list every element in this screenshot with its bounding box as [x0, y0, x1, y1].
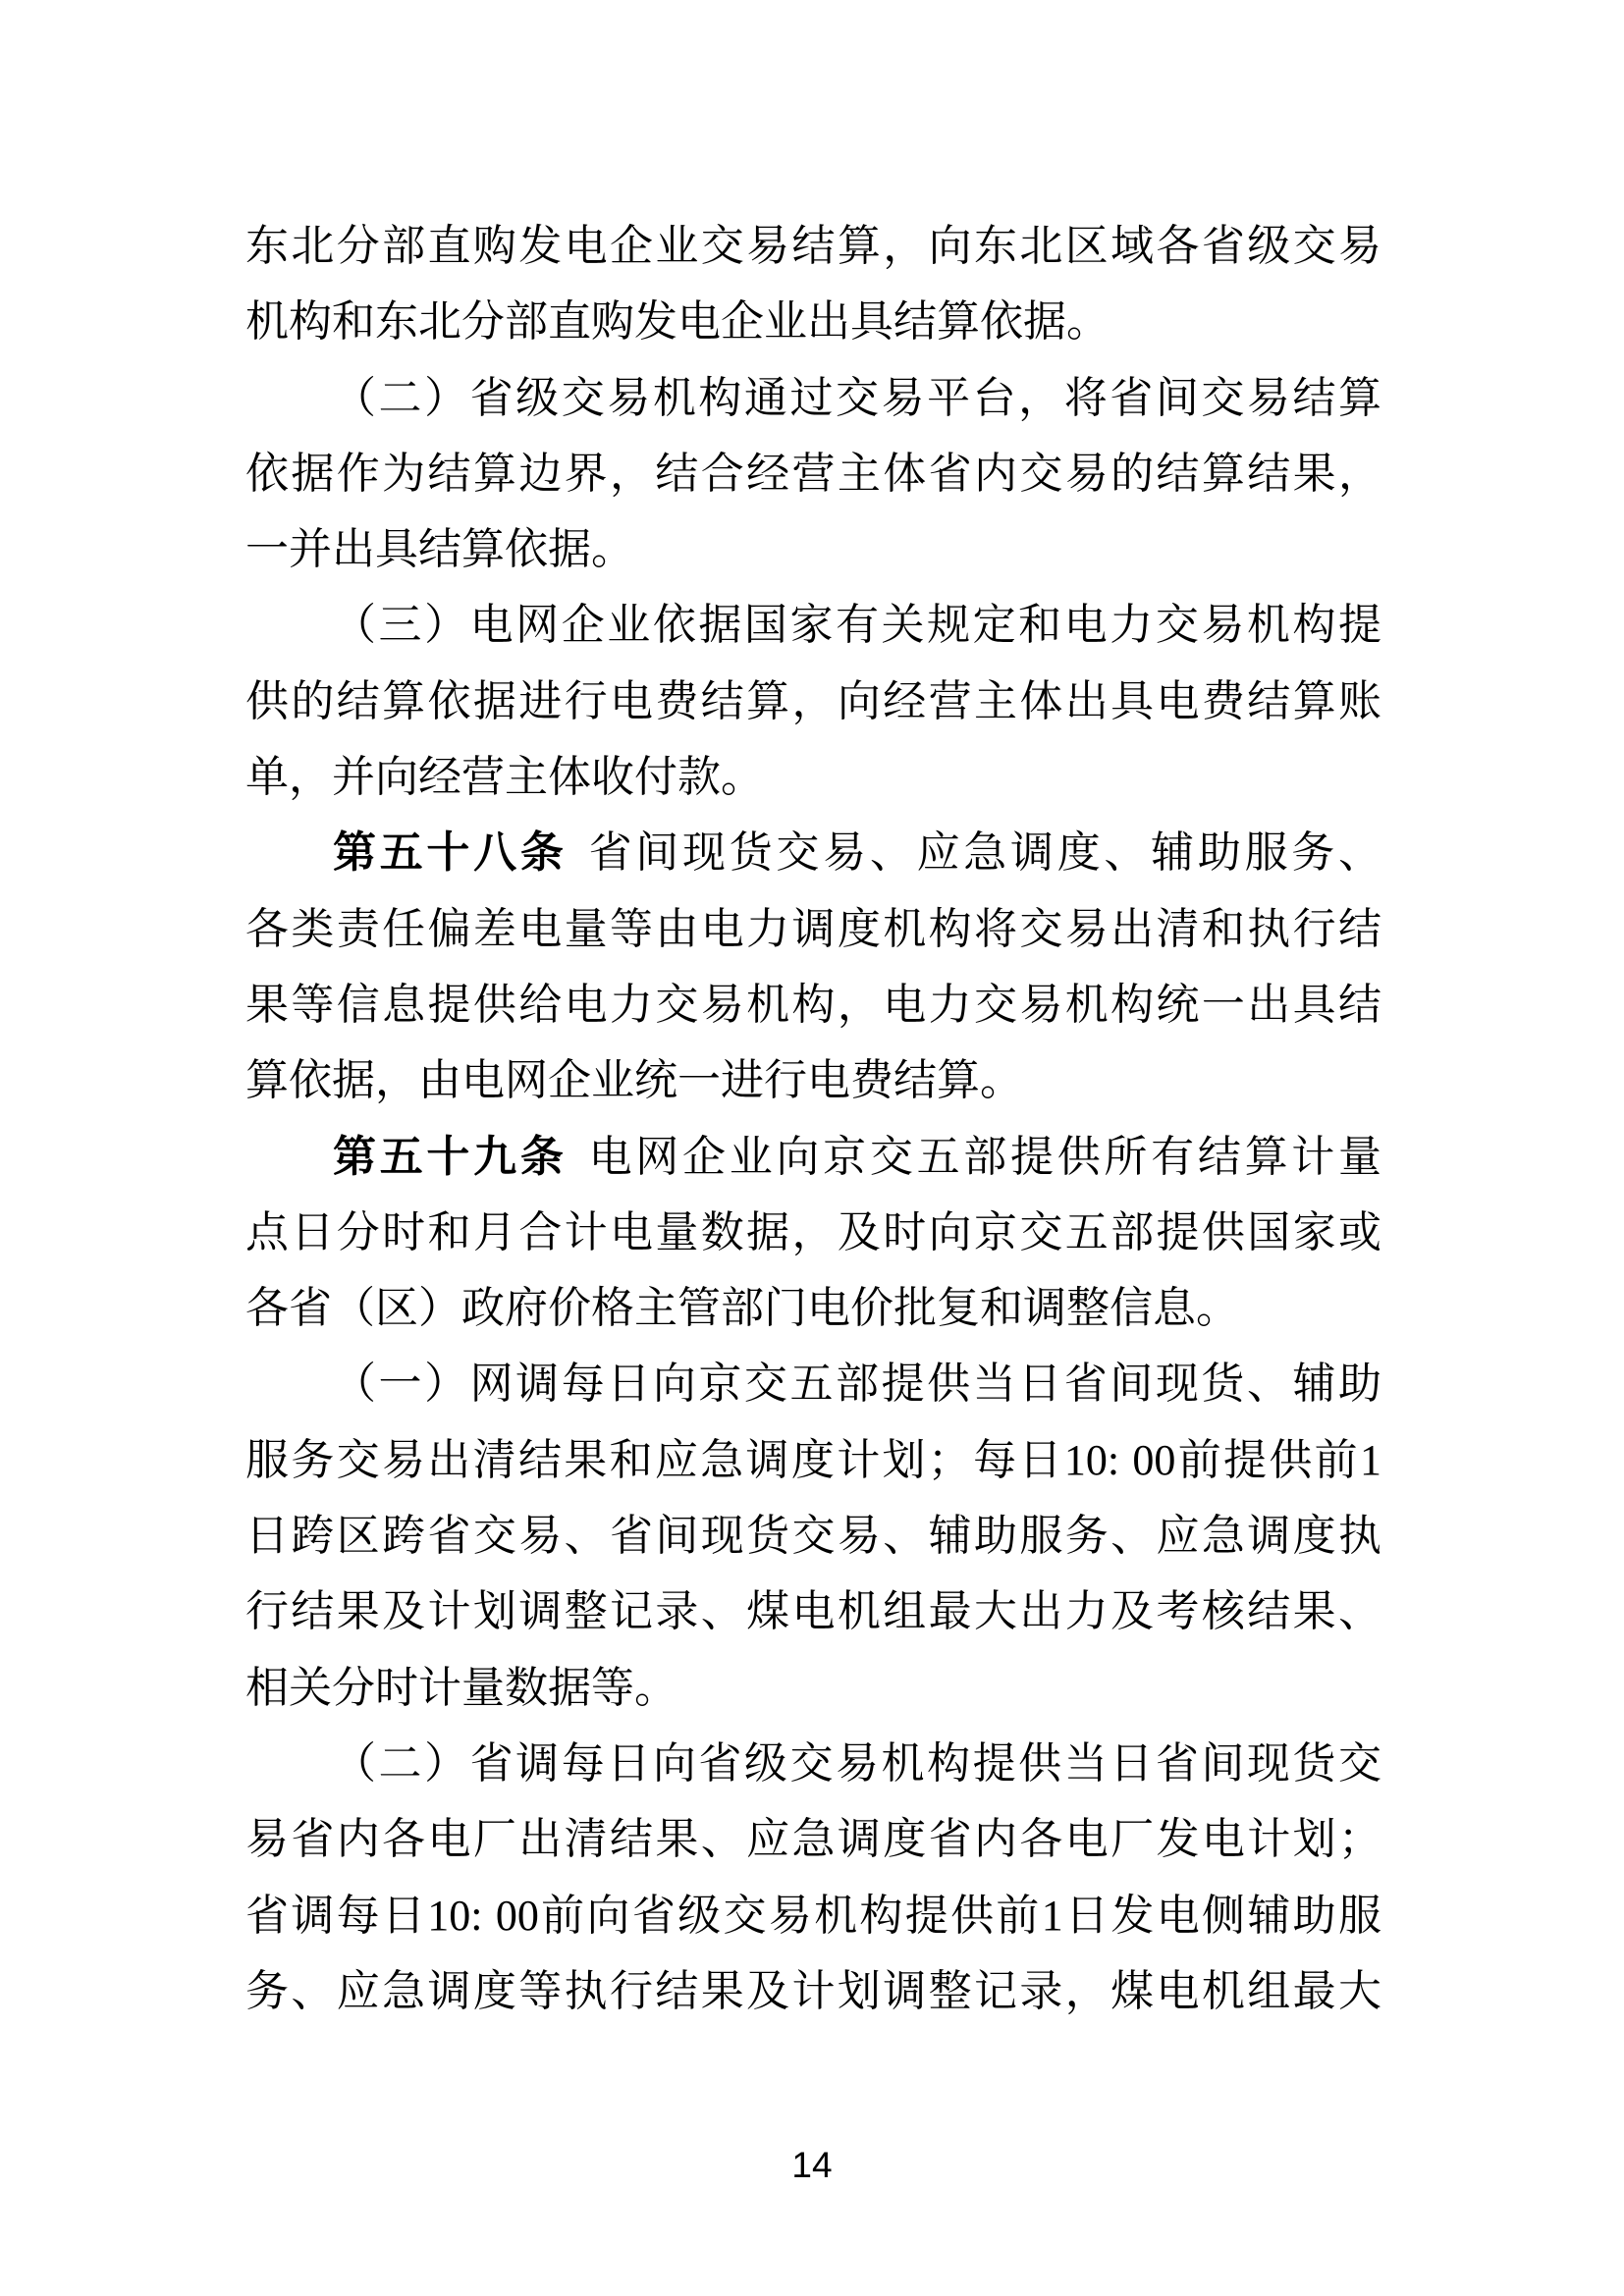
line-text: 供的结算依据进行电费结算，向经营主体出具电费结算账	[245, 677, 1381, 725]
line-text: 务、应急调度等执行结果及计划调整记录，煤电机组最大	[245, 1967, 1381, 2015]
text-line: 易省内各电厂出清结果、应急调度省内各电厂发电计划；	[245, 1801, 1381, 1877]
text-line: 点日分时和月合计电量数据，及时向京交五部提供国家或	[245, 1195, 1381, 1270]
article-number: 第五十九条	[333, 1133, 568, 1181]
line-text: 电网企业向京交五部提供所有结算计量	[589, 1133, 1381, 1181]
document-page: 东北分部直购发电企业交易结算，向东北区域各省级交易机构和东北分部直购发电企业出具…	[0, 0, 1624, 2296]
page-number: 14	[791, 2145, 832, 2185]
line-text: （一）网调每日向京交五部提供当日省间现货、辅助	[333, 1360, 1381, 1408]
line-text: 果等信息提供给电力交易机构，电力交易机构统一出具结	[245, 981, 1381, 1029]
text-line: （一）网调每日向京交五部提供当日省间现货、辅助	[245, 1346, 1381, 1421]
line-text: 东北分部直购发电企业交易结算，向东北区域各省级交易	[245, 222, 1381, 270]
line-text: 易省内各电厂出清结果、应急调度省内各电厂发电计划；	[245, 1815, 1381, 1863]
text-line: 省调每日10: 00前向省级交易机构提供前1日发电侧辅助服	[245, 1878, 1381, 1953]
line-text: 点日分时和月合计电量数据，及时向京交五部提供国家或	[245, 1208, 1381, 1256]
text-line: 服务交易出清结果和应急调度计划；每日10: 00前提供前1	[245, 1422, 1381, 1498]
page-footer: 14	[0, 2146, 1624, 2185]
line-text: （三）电网企业依据国家有关规定和电力交易机构提	[333, 601, 1381, 649]
text-line: 供的结算依据进行电费结算，向经营主体出具电费结算账	[245, 664, 1381, 739]
line-text: 省调每日10: 00前向省级交易机构提供前1日发电侧辅助服	[245, 1892, 1381, 1940]
line-text: 算依据，由电网企业统一进行电费结算。	[245, 1056, 1023, 1104]
line-text: 单，并向经营主体收付款。	[245, 753, 764, 801]
line-text: 机构和东北分部直购发电企业出具结算依据。	[245, 297, 1110, 346]
document-body: 东北分部直购发电企业交易结算，向东北区域各省级交易机构和东北分部直购发电企业出具…	[245, 208, 1381, 2029]
line-text: 依据作为结算边界，结合经营主体省内交易的结算结果，	[245, 450, 1381, 498]
text-line: 第五十八条省间现货交易、应急调度、辅助服务、	[245, 815, 1381, 890]
line-text: 各省（区）政府价格主管部门电价批复和调整信息。	[245, 1284, 1239, 1332]
line-text: 相关分时计量数据等。	[245, 1664, 677, 1712]
text-line: 单，并向经营主体收付款。	[245, 739, 1381, 815]
text-line: （三）电网企业依据国家有关规定和电力交易机构提	[245, 587, 1381, 663]
text-line: （二）省调每日向省级交易机构提供当日省间现货交	[245, 1726, 1381, 1801]
line-text: （二）省级交易机构通过交易平台，将省间交易结算	[333, 374, 1381, 422]
line-text: 一并出具结算依据。	[245, 525, 634, 573]
text-line: 各省（区）政府价格主管部门电价批复和调整信息。	[245, 1270, 1381, 1346]
text-line: 一并出具结算依据。	[245, 511, 1381, 587]
line-text: （二）省调每日向省级交易机构提供当日省间现货交	[333, 1739, 1381, 1788]
text-line: 行结果及计划调整记录、煤电机组最大出力及考核结果、	[245, 1574, 1381, 1649]
text-line: 第五十九条电网企业向京交五部提供所有结算计量	[245, 1119, 1381, 1195]
line-text: 省间现货交易、应急调度、辅助服务、	[589, 828, 1381, 877]
line-text: 服务交易出清结果和应急调度计划；每日10: 00前提供前1	[245, 1436, 1381, 1484]
text-line: 果等信息提供给电力交易机构，电力交易机构统一出具结	[245, 967, 1381, 1042]
text-line: 相关分时计量数据等。	[245, 1650, 1381, 1726]
text-line: 依据作为结算边界，结合经营主体省内交易的结算结果，	[245, 436, 1381, 511]
line-text: 行结果及计划调整记录、煤电机组最大出力及考核结果、	[245, 1587, 1381, 1635]
text-line: 各类责任偏差电量等由电力调度机构将交易出清和执行结	[245, 891, 1381, 967]
text-line: 务、应急调度等执行结果及计划调整记录，煤电机组最大	[245, 1953, 1381, 2029]
text-line: 算依据，由电网企业统一进行电费结算。	[245, 1042, 1381, 1118]
text-line: 日跨区跨省交易、省间现货交易、辅助服务、应急调度执	[245, 1498, 1381, 1574]
text-line: 机构和东北分部直购发电企业出具结算依据。	[245, 284, 1381, 359]
article-number: 第五十八条	[333, 828, 568, 877]
line-text: 各类责任偏差电量等由电力调度机构将交易出清和执行结	[245, 905, 1381, 953]
text-line: 东北分部直购发电企业交易结算，向东北区域各省级交易	[245, 208, 1381, 284]
line-text: 日跨区跨省交易、省间现货交易、辅助服务、应急调度执	[245, 1512, 1381, 1560]
text-line: （二）省级交易机构通过交易平台，将省间交易结算	[245, 360, 1381, 436]
